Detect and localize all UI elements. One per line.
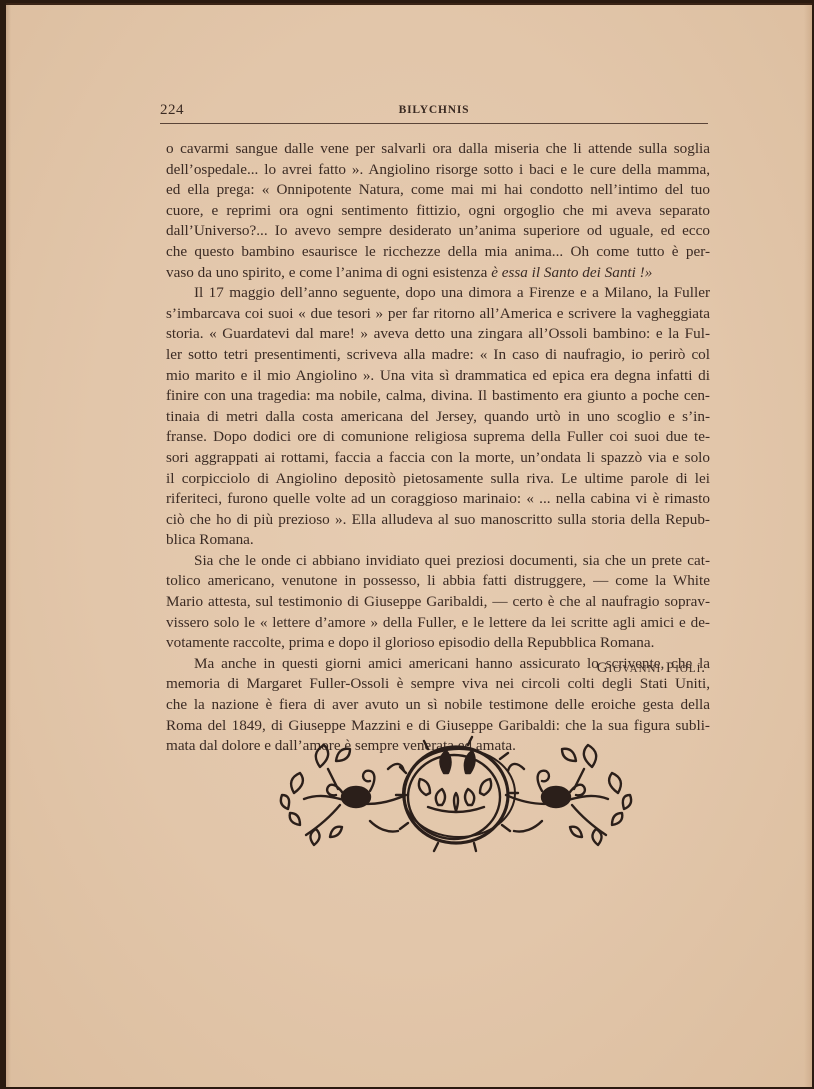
book-page: 224 BILYCHNIS o cavarmi sangue dalle ven…: [6, 3, 812, 1087]
text-line: votamente raccolte, prima e dopo il glor…: [166, 633, 710, 654]
text-line: memoria di Margaret Fuller-Ossoli è semp…: [166, 674, 710, 695]
floral-thorn-wreath-ornament-icon: [278, 733, 634, 861]
running-head: 224 BILYCHNIS: [160, 102, 708, 120]
author-signature: Giovanni Piolí.: [566, 660, 706, 677]
text-line: che questo bambino esaurisce le ricchezz…: [166, 242, 710, 263]
text-line: Mario attesta, sul testimonio di Giusepp…: [166, 592, 710, 613]
text-line: s’imbarcava coi suoi « due tesori » per …: [166, 304, 710, 325]
text-line: cuore, e reprimi ora ogni sentimento fit…: [166, 201, 710, 222]
text-line: Il 17 maggio dell’anno seguente, dopo un…: [166, 283, 710, 304]
text-run: vaso da uno spirito, e come l’anima di o…: [166, 264, 491, 281]
text-line: vaso da uno spirito, e come l’anima di o…: [166, 263, 710, 284]
text-line: storia. « Guardatevi dal mare! » aveva d…: [166, 324, 710, 345]
paragraph-2: Il 17 maggio dell’anno seguente, dopo un…: [166, 283, 710, 551]
italic-quote: è essa il Santo dei Santi !»: [491, 264, 652, 281]
text-line: tinaia di metri dalla costa americana de…: [166, 407, 710, 428]
header-rule: [160, 123, 708, 124]
text-line: che la nazione è fiera di aver avuto un …: [166, 695, 710, 716]
text-line: sori aggrappati ai rottami, faccia a fac…: [166, 448, 710, 469]
text-line: dell’ospedale... lo avrei fatto ». Angio…: [166, 160, 710, 181]
journal-title: BILYCHNIS: [160, 104, 708, 116]
text-line: riferiteci, furono quelle volte ad un co…: [166, 489, 710, 510]
text-line: mio marito e il mio Angiolino ». Una vit…: [166, 366, 710, 387]
text-line: ed ella prega: « Onnipotente Natura, com…: [166, 180, 710, 201]
text-line: tolico americano, venutone in possesso, …: [166, 571, 710, 592]
text-line: ciò che ho di più prezioso ». Ella allud…: [166, 510, 710, 531]
text-line: Sia che le onde ci abbiano invidiato que…: [166, 551, 710, 572]
text-line: ler sotto tetri presentimenti, scriveva …: [166, 345, 710, 366]
text-line: finire con una tragedia: ma nobile, calm…: [166, 386, 710, 407]
text-line: dall’Universo?... Io avevo sempre deside…: [166, 221, 710, 242]
text-line: o cavarmi sangue dalle vene per salvarli…: [166, 139, 710, 160]
text-line: vissero solo le « lettere d’amore » dell…: [166, 613, 710, 634]
paragraph-1: o cavarmi sangue dalle vene per salvarli…: [166, 139, 710, 283]
text-line: franse. Dopo dodici ore di comunione rel…: [166, 427, 710, 448]
text-line: blica Romana.: [166, 530, 710, 551]
text-line: il corpicciolo di Angiolino depositò pie…: [166, 469, 710, 490]
paragraph-3: Sia che le onde ci abbiano invidiato que…: [166, 551, 710, 654]
